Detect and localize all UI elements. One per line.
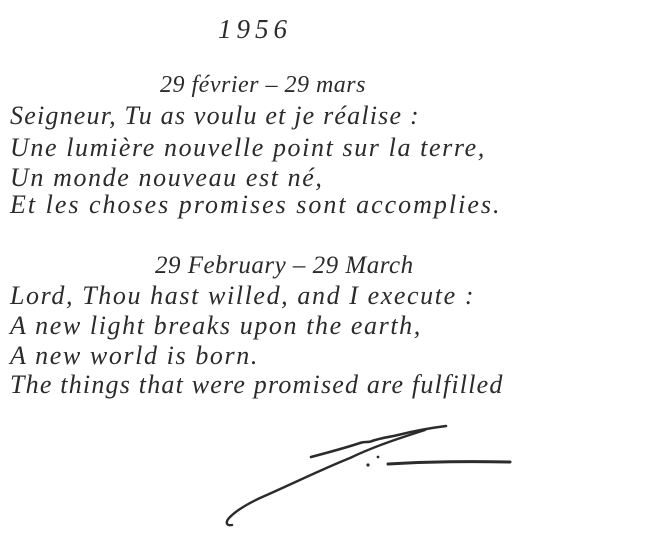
english-line-2: A new light breaks upon the earth, xyxy=(10,313,422,339)
signature xyxy=(200,410,530,536)
signature-horizontal-stroke xyxy=(388,462,510,464)
english-line-4: The things that were promised are fulfil… xyxy=(10,372,504,398)
french-line-4: Et les choses promises sont accomplies. xyxy=(10,192,502,218)
french-line-2: Une lumière nouvelle point sur la terre, xyxy=(10,135,486,161)
handwritten-page: 1956 29 février – 29 mars Seigneur, Tu a… xyxy=(0,0,667,536)
english-line-1: Lord, Thou hast willed, and I execute : xyxy=(10,283,475,309)
french-line-1: Seigneur, Tu as voulu et je réalise : xyxy=(10,103,420,129)
signature-dot-1 xyxy=(366,463,369,466)
signature-dot-2 xyxy=(377,456,380,459)
french-line-3: Un monde nouveau est né, xyxy=(10,165,324,191)
french-date-heading: 29 février – 29 mars xyxy=(160,73,366,97)
year-heading: 1956 xyxy=(218,16,292,43)
signature-diagonal-stroke xyxy=(227,430,425,525)
english-line-3: A new world is born. xyxy=(10,343,259,369)
english-date-heading: 29 February – 29 March xyxy=(155,253,414,278)
